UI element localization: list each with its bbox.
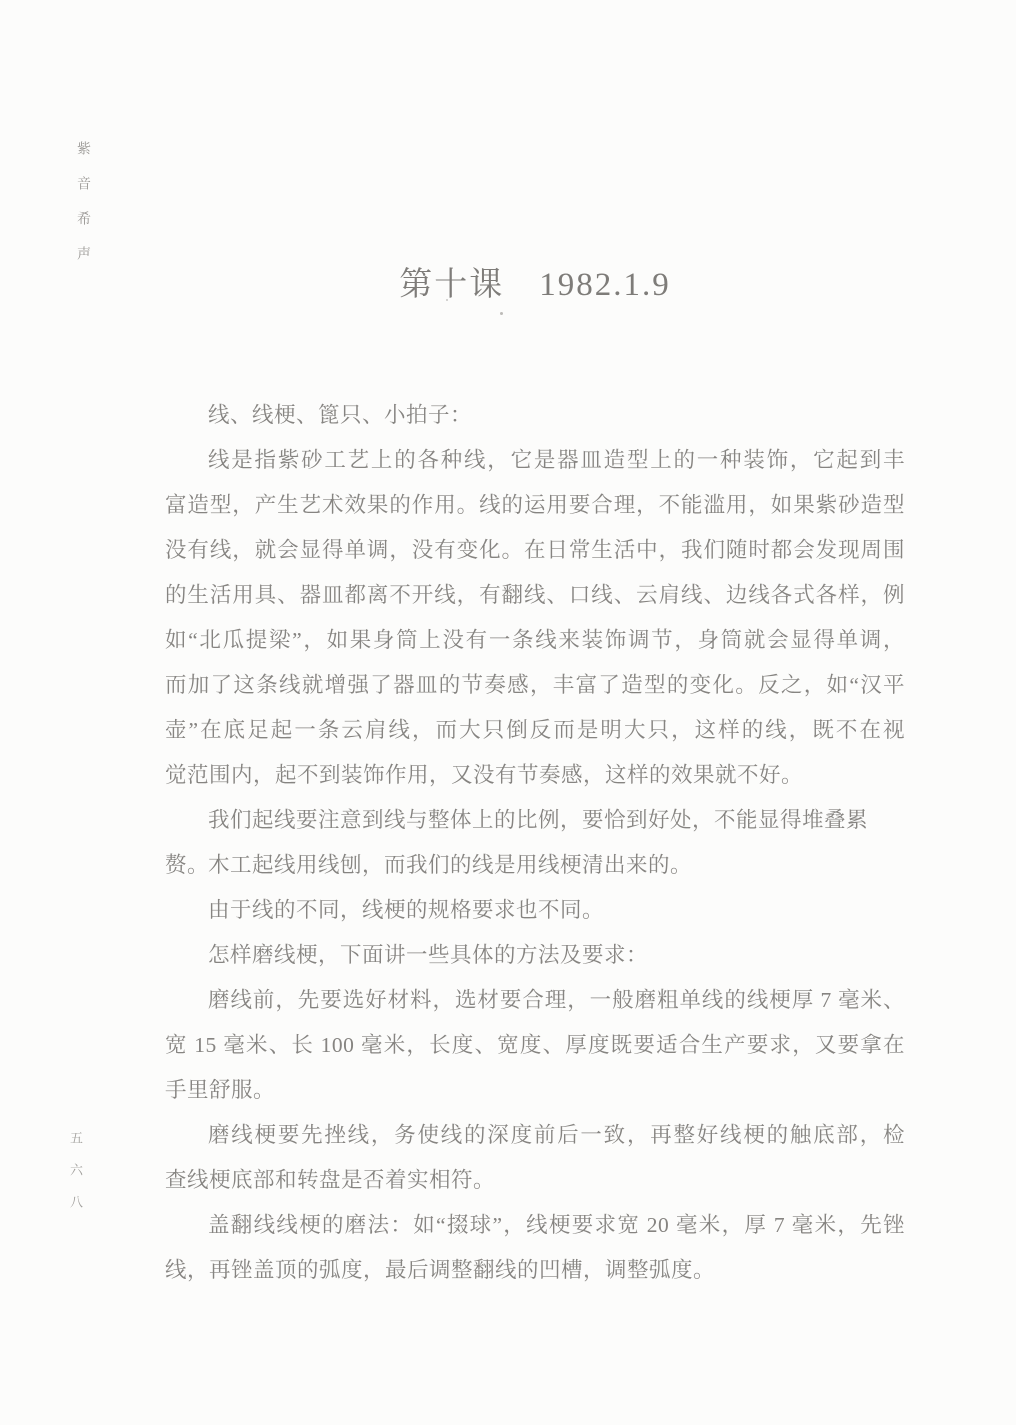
book-page: 紫音希声 五六八 第十课 1982.1.9 线、线梗、篦只、小拍子：线是指紫砂工… <box>0 0 1016 1425</box>
chapter-title: 第十课 1982.1.9 <box>165 258 905 305</box>
text-line: 的生活用具、器皿都离不开线，有翻线、口线、云肩线、边线各式各样，例 <box>165 573 905 618</box>
text-line: 怎样磨线梗，下面讲一些具体的方法及要求： <box>165 933 905 978</box>
paragraph: 线是指紫砂工艺上的各种线，它是器皿造型上的一种装饰，它起到丰富造型，产生艺术效果… <box>165 438 905 798</box>
text-line: 线，再锉盖顶的弧度，最后调整翻线的凹槽，调整弧度。 <box>165 1248 905 1293</box>
text-line: 手里舒服。 <box>165 1068 905 1113</box>
text-line: 壶”在底足起一条云肩线，而大只倒反而是明大只，这样的线，既不在视 <box>165 708 905 753</box>
paragraph: 怎样磨线梗，下面讲一些具体的方法及要求： <box>165 933 905 978</box>
margin-running-head: 紫音希声 <box>72 141 92 281</box>
text-line: 木工起线用线刨，而我们的线是用线梗清出来的。 <box>165 843 905 888</box>
text-line: 富造型，产生艺术效果的作用。线的运用要合理，不能滥用，如果紫砂造型 <box>165 483 905 528</box>
body-text: 线、线梗、篦只、小拍子：线是指紫砂工艺上的各种线，它是器皿造型上的一种装饰，它起… <box>165 393 905 1293</box>
text-line: 我们起线要注意到线与整体上的比例，要恰到好处，不能显得堆叠累赘。 <box>165 798 905 843</box>
text-line: 线是指紫砂工艺上的各种线，它是器皿造型上的一种装饰，它起到丰 <box>165 438 905 483</box>
text-line: 查线梗底部和转盘是否着实相符。 <box>165 1158 905 1203</box>
text-line: 盖翻线线梗的磨法：如“掇球”，线梗要求宽 20 毫米，厚 7 毫米，先锉 <box>165 1203 905 1248</box>
text-line: 由于线的不同，线梗的规格要求也不同。 <box>165 888 905 933</box>
text-line: 磨线梗要先挫线，务使线的深度前后一致，再整好线梗的触底部，检 <box>165 1113 905 1158</box>
text-line: 觉范围内，起不到装饰作用，又没有节奏感，这样的效果就不好。 <box>165 753 905 798</box>
text-line: 线、线梗、篦只、小拍子： <box>165 393 905 438</box>
paragraph: 我们起线要注意到线与整体上的比例，要恰到好处，不能显得堆叠累赘。 <box>165 798 905 843</box>
paragraph: 盖翻线线梗的磨法：如“掇球”，线梗要求宽 20 毫米，厚 7 毫米，先锉线，再锉… <box>165 1203 905 1293</box>
paragraph: 线、线梗、篦只、小拍子： <box>165 393 905 438</box>
page-number: 五六八 <box>66 1131 85 1227</box>
text-line: 如“北瓜提梁”，如果身筒上没有一条线来装饰调节，身筒就会显得单调， <box>165 618 905 663</box>
paragraph: 由于线的不同，线梗的规格要求也不同。 <box>165 888 905 933</box>
text-line: 磨线前，先要选好材料，选材要合理，一般磨粗单线的线梗厚 7 毫米、 <box>165 978 905 1023</box>
print-speck <box>500 312 503 315</box>
text-line: 宽 15 毫米、长 100 毫米，长度、宽度、厚度既要适合生产要求，又要拿在 <box>165 1023 905 1068</box>
print-speck <box>446 299 448 301</box>
paragraph: 磨线梗要先挫线，务使线的深度前后一致，再整好线梗的触底部，检查线梗底部和转盘是否… <box>165 1113 905 1203</box>
paragraph: 木工起线用线刨，而我们的线是用线梗清出来的。 <box>165 843 905 888</box>
text-line: 而加了这条线就增强了器皿的节奏感，丰富了造型的变化。反之，如“汉平 <box>165 663 905 708</box>
text-line: 没有线，就会显得单调，没有变化。在日常生活中，我们随时都会发现周围 <box>165 528 905 573</box>
paragraph: 磨线前，先要选好材料，选材要合理，一般磨粗单线的线梗厚 7 毫米、宽 15 毫米… <box>165 978 905 1113</box>
